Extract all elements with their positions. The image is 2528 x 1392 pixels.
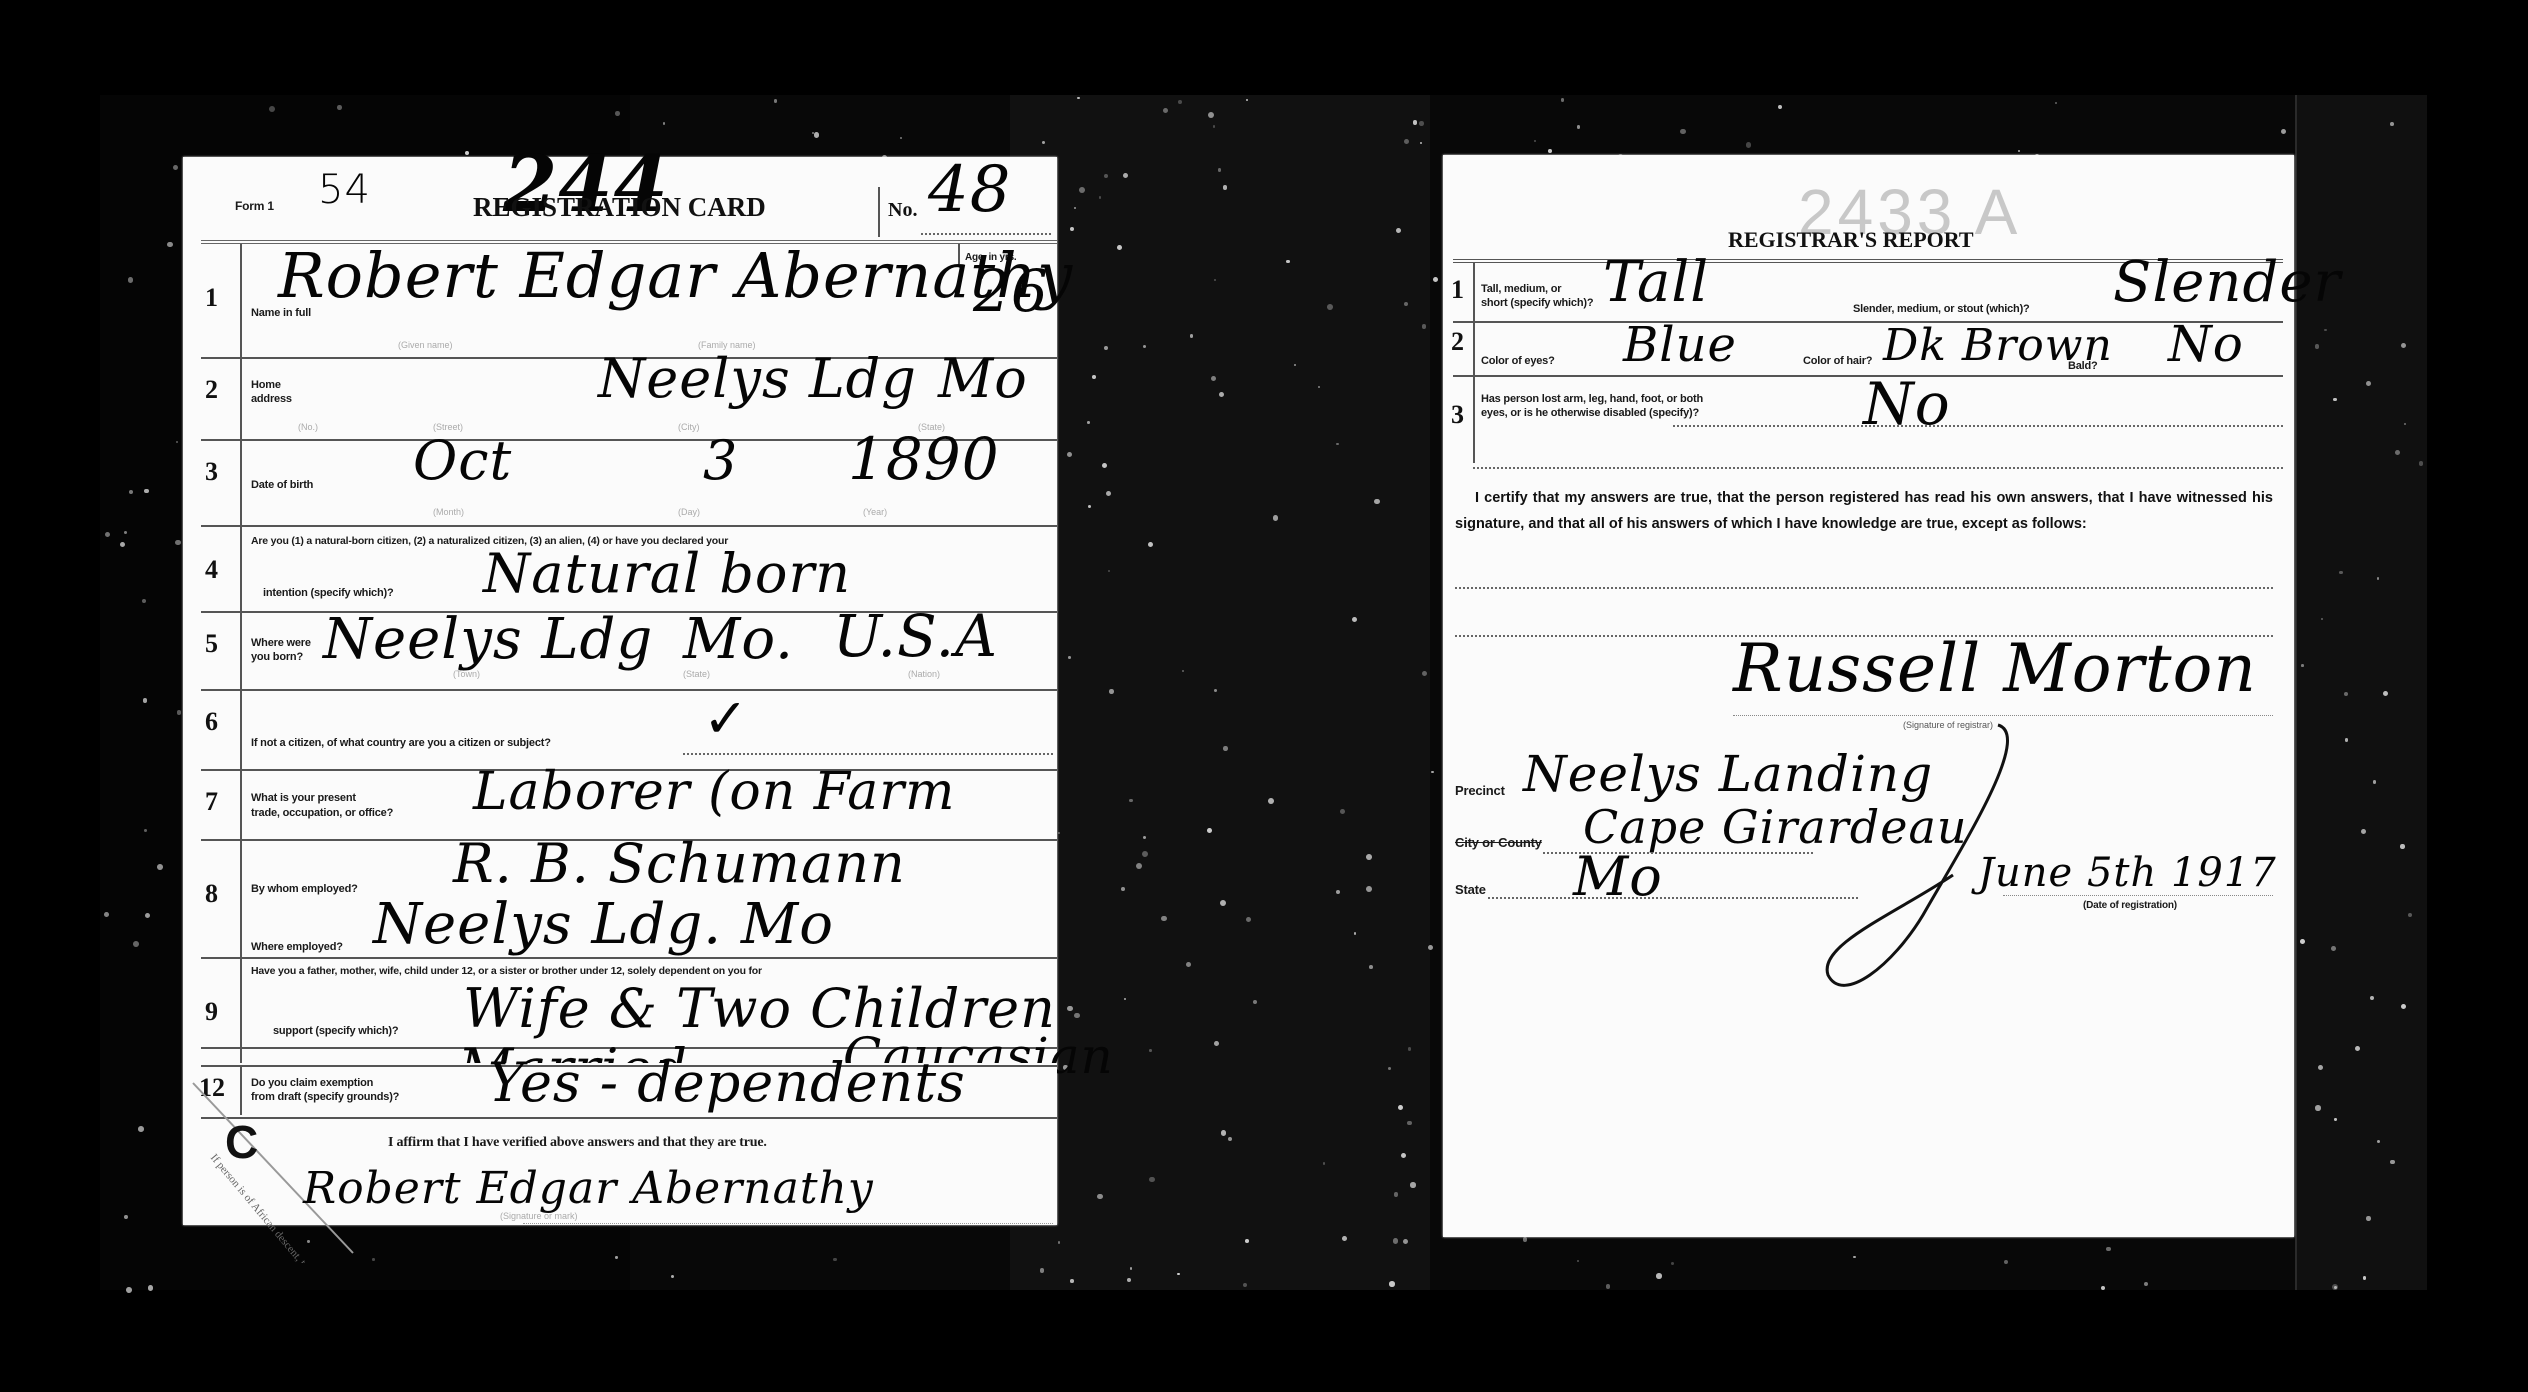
- intention-label: intention (specify which)?: [263, 587, 393, 599]
- corner-mark: C: [225, 1115, 258, 1169]
- registrant-signature: Robert Edgar Abernathy: [303, 1163, 874, 1214]
- birth-nation: U.S.A: [833, 602, 998, 670]
- height-label: Tall, medium, or: [1481, 283, 1561, 295]
- exemption-value: Yes - dependents: [488, 1051, 966, 1114]
- row-number: 9: [205, 997, 218, 1027]
- age-value: 26: [973, 257, 1049, 325]
- row-number: 5: [205, 629, 218, 659]
- employer-label: By whom employed?: [251, 883, 358, 895]
- support-label: support (specify which)?: [273, 1025, 398, 1037]
- row-number: 7: [205, 787, 218, 817]
- signature-flourish: [1803, 715, 2043, 1015]
- state-label: State: [1455, 882, 1486, 897]
- dependents-label: Have you a father, mother, wife, child u…: [251, 965, 762, 977]
- caption: (State): [683, 669, 710, 679]
- build-value: Slender: [2113, 250, 2341, 315]
- bald-value: No: [2168, 315, 2244, 373]
- disability-specify-label: eyes, or is he otherwise disabled (speci…: [1481, 407, 1699, 419]
- birth-state: Mo.: [683, 607, 794, 672]
- affirmation-text: I affirm that I have verified above answ…: [388, 1135, 767, 1151]
- form-label: Form 1: [235, 199, 274, 213]
- row-number: 4: [205, 555, 218, 585]
- registrar-signature: Russell Morton: [1733, 630, 2257, 707]
- eye-color-value: Blue: [1623, 317, 1737, 373]
- row-number: 6: [205, 707, 218, 737]
- caption: (Nation): [908, 669, 940, 679]
- row-number: 8: [205, 879, 218, 909]
- employer-value: R. B. Schumann: [453, 832, 906, 895]
- height-value: Tall: [1603, 250, 1709, 315]
- birth-town: Neelys Ldg: [323, 607, 653, 672]
- caption: (No.): [298, 422, 318, 432]
- disability-label: Has person lost arm, leg, hand, foot, or…: [1481, 393, 1703, 405]
- no-label: No.: [888, 199, 917, 222]
- row-number: 3: [1451, 400, 1464, 430]
- dob-day: 3: [703, 429, 738, 492]
- disability-value: No: [1863, 370, 1951, 438]
- home-state: Mo: [938, 347, 1028, 410]
- address-label: address: [251, 393, 292, 405]
- home-city: Neelys Ldg: [598, 347, 917, 410]
- registrars-report-card: 2433 A REGISTRAR'S REPORT 1 Tall, medium…: [1443, 155, 2294, 1237]
- caption: (City): [678, 422, 700, 432]
- date-caption: (Date of registration): [2083, 900, 2177, 911]
- pencil-number: 54: [318, 167, 371, 213]
- foreign-citizen-label: If not a citizen, of what country are yo…: [251, 737, 551, 749]
- hair-color-label: Color of hair?: [1803, 355, 1872, 367]
- row-number: 1: [205, 283, 218, 313]
- build-label: Slender, medium, or stout (which)?: [1853, 303, 2030, 315]
- row-number: 3: [205, 457, 218, 487]
- home-label: Home: [251, 379, 281, 391]
- certification-text: I certify that my answers are true, that…: [1455, 485, 2273, 537]
- precinct-label: Precinct: [1455, 783, 1505, 798]
- dob-label: Date of birth: [251, 479, 313, 491]
- citizenship-value: Natural born: [483, 542, 851, 605]
- name-value: Robert Edgar Abernathy: [278, 239, 1073, 312]
- birthplace-label: Where were: [251, 637, 311, 649]
- caption: (Year): [863, 507, 887, 517]
- county-label: City or County: [1455, 835, 1542, 850]
- occupation-label: What is your present: [251, 792, 356, 804]
- dob-month: Oct: [413, 429, 512, 492]
- registration-card-footer: 12 Do you claim exemption from draft (sp…: [183, 1063, 1057, 1225]
- row-number: 1: [1451, 275, 1464, 305]
- caption: (Town): [453, 669, 480, 679]
- caption: (Given name): [398, 340, 453, 350]
- row-number: 2: [205, 375, 218, 405]
- trade-label: trade, occupation, or office?: [251, 807, 393, 819]
- signature-caption: (Signature or mark): [500, 1211, 578, 1221]
- born-label: you born?: [251, 651, 303, 663]
- dob-year: 1890: [848, 425, 1000, 493]
- caption: (Month): [433, 507, 464, 517]
- row-number: 2: [1451, 327, 1464, 357]
- report-title: REGISTRAR'S REPORT: [1728, 227, 1974, 253]
- employment-place-value: Neelys Ldg. Mo: [373, 892, 834, 957]
- card-title: REGISTRATION CARD: [473, 192, 766, 223]
- foreign-citizen-value: ✓: [703, 687, 749, 750]
- occupation-value: Laborer (on Farm: [473, 762, 955, 822]
- serial-number: 48: [928, 153, 1011, 227]
- caption: (Day): [678, 507, 700, 517]
- bald-label: Bald?: [2068, 360, 2098, 372]
- employment-place-label: Where employed?: [251, 941, 343, 953]
- eye-color-label: Color of eyes?: [1481, 355, 1555, 367]
- height-specify-label: short (specify which)?: [1481, 297, 1593, 309]
